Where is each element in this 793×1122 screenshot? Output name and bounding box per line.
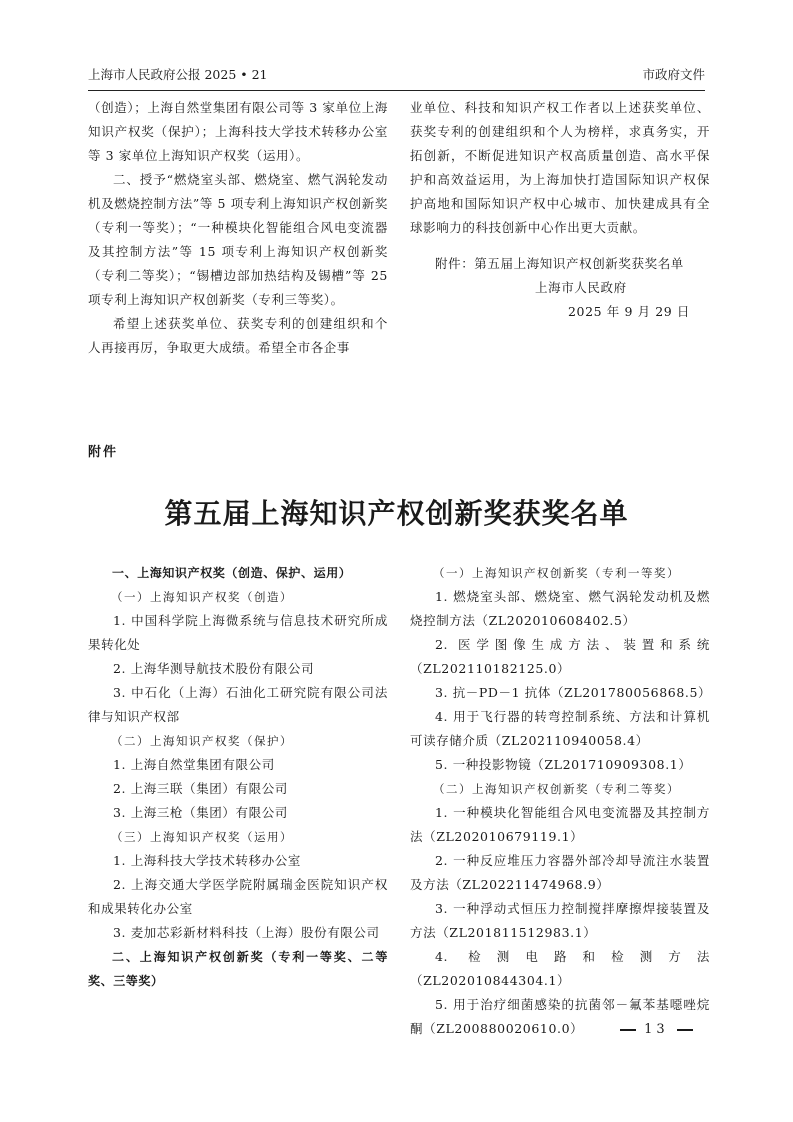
section-heading: 二、上海知识产权创新奖（专利一等奖、二等奖、三等奖） [88, 945, 388, 993]
publication-title: 上海市人民政府公报 2025 • 21 [88, 64, 268, 86]
intro-left-column: （创造）；上海自然堂集团有限公司等 3 家单位上海知识产权奖（保护）；上海科技大… [88, 96, 388, 360]
list-item: 3. 上海三枪（集团）有限公司 [88, 801, 388, 825]
list-item: 1. 中国科学院上海微系统与信息技术研究所成果转化处 [88, 609, 388, 657]
attachment-label: 附件 [88, 441, 118, 460]
list-item: 5. 一种投影物镜（ZL201710909308.1） [410, 753, 710, 777]
list-item: 1. 上海科技大学技术转移办公室 [88, 849, 388, 873]
attachment-title: 第五届上海知识产权创新奖获奖名单 [0, 492, 793, 532]
sign-date: 2025 年 9 月 29 日 [410, 300, 710, 324]
intro-paragraph: 二、授予“燃烧室头部、燃烧室、燃气涡轮发动机及燃烧控制方法”等 5 项专利上海知… [88, 168, 388, 312]
list-item: 3. 中石化（上海）石油化工研究院有限公司法律与知识产权部 [88, 681, 388, 729]
list-item: 1. 上海自然堂集团有限公司 [88, 753, 388, 777]
list-item: 1. 燃烧室头部、燃烧室、燃气涡轮发动机及燃烧控制方法（ZL2020106084… [410, 585, 710, 633]
list-item: 4. 检测电路和检测方法（ZL202010844304.1） [410, 945, 710, 993]
list-item: 1. 一种模块化智能组合风电变流器及其控制方法（ZL202010679119.1… [410, 801, 710, 849]
attachment-note: 附件：第五届上海知识产权创新奖获奖名单 [410, 252, 710, 276]
intro-paragraph: （创造）；上海自然堂集团有限公司等 3 家单位上海知识产权奖（保护）；上海科技大… [88, 96, 388, 168]
list-item: 2. 一种反应堆压力容器外部冷却导流注水装置及方法（ZL202211474968… [410, 849, 710, 897]
dash-decoration [677, 1029, 693, 1031]
list-item: 4. 用于飞行器的转弯控制系统、方法和计算机可读存储介质（ZL202110940… [410, 705, 710, 753]
section-name: 市政府文件 [642, 64, 705, 86]
subsection-heading: （二）上海知识产权奖（保护） [88, 729, 388, 753]
list-item: 3. 麦加芯彩新材料科技（上海）股份有限公司 [88, 921, 388, 945]
award-list-left: 一、上海知识产权奖（创造、保护、运用） （一）上海知识产权奖（创造） 1. 中国… [88, 561, 388, 993]
intro-paragraph: 业单位、科技和知识产权工作者以上述获奖单位、获奖专利的创建组织和个人为榜样，求真… [410, 96, 710, 240]
subsection-heading: （一）上海知识产权创新奖（专利一等奖） [410, 561, 710, 585]
list-item: 2. 上海华测导航技术股份有限公司 [88, 657, 388, 681]
dash-decoration [620, 1029, 636, 1031]
subsection-heading: （一）上海知识产权奖（创造） [88, 585, 388, 609]
signatory: 上海市人民政府 [410, 276, 710, 300]
subsection-heading: （三）上海知识产权奖（运用） [88, 825, 388, 849]
list-item: 3. 一种浮动式恒压力控制搅拌摩擦焊接装置及方法（ZL201811512983.… [410, 897, 710, 945]
section-heading: 一、上海知识产权奖（创造、保护、运用） [88, 561, 388, 585]
page-number: 13 [620, 1022, 693, 1037]
intro-right-column: 业单位、科技和知识产权工作者以上述获奖单位、获奖专利的创建组织和个人为榜样，求真… [410, 96, 710, 324]
list-item: 2. 上海交通大学医学院附属瑞金医院知识产权和成果转化办公室 [88, 873, 388, 921]
intro-paragraph: 希望上述获奖单位、获奖专利的创建组织和个人再接再厉，争取更大成绩。希望全市各企事 [88, 312, 388, 360]
list-item: 2. 上海三联（集团）有限公司 [88, 777, 388, 801]
list-item: 2. 医学图像生成方法、装置和系统（ZL202110182125.0） [410, 633, 710, 681]
subsection-heading: （二）上海知识产权创新奖（专利二等奖） [410, 777, 710, 801]
running-header: 上海市人民政府公报 2025 • 21 市政府文件 [88, 64, 705, 91]
list-item: 3. 抗－PD－1 抗体（ZL201780056868.5） [410, 681, 710, 705]
award-list-right: （一）上海知识产权创新奖（专利一等奖） 1. 燃烧室头部、燃烧室、燃气涡轮发动机… [410, 561, 710, 1041]
page-number-value: 13 [644, 1022, 669, 1037]
